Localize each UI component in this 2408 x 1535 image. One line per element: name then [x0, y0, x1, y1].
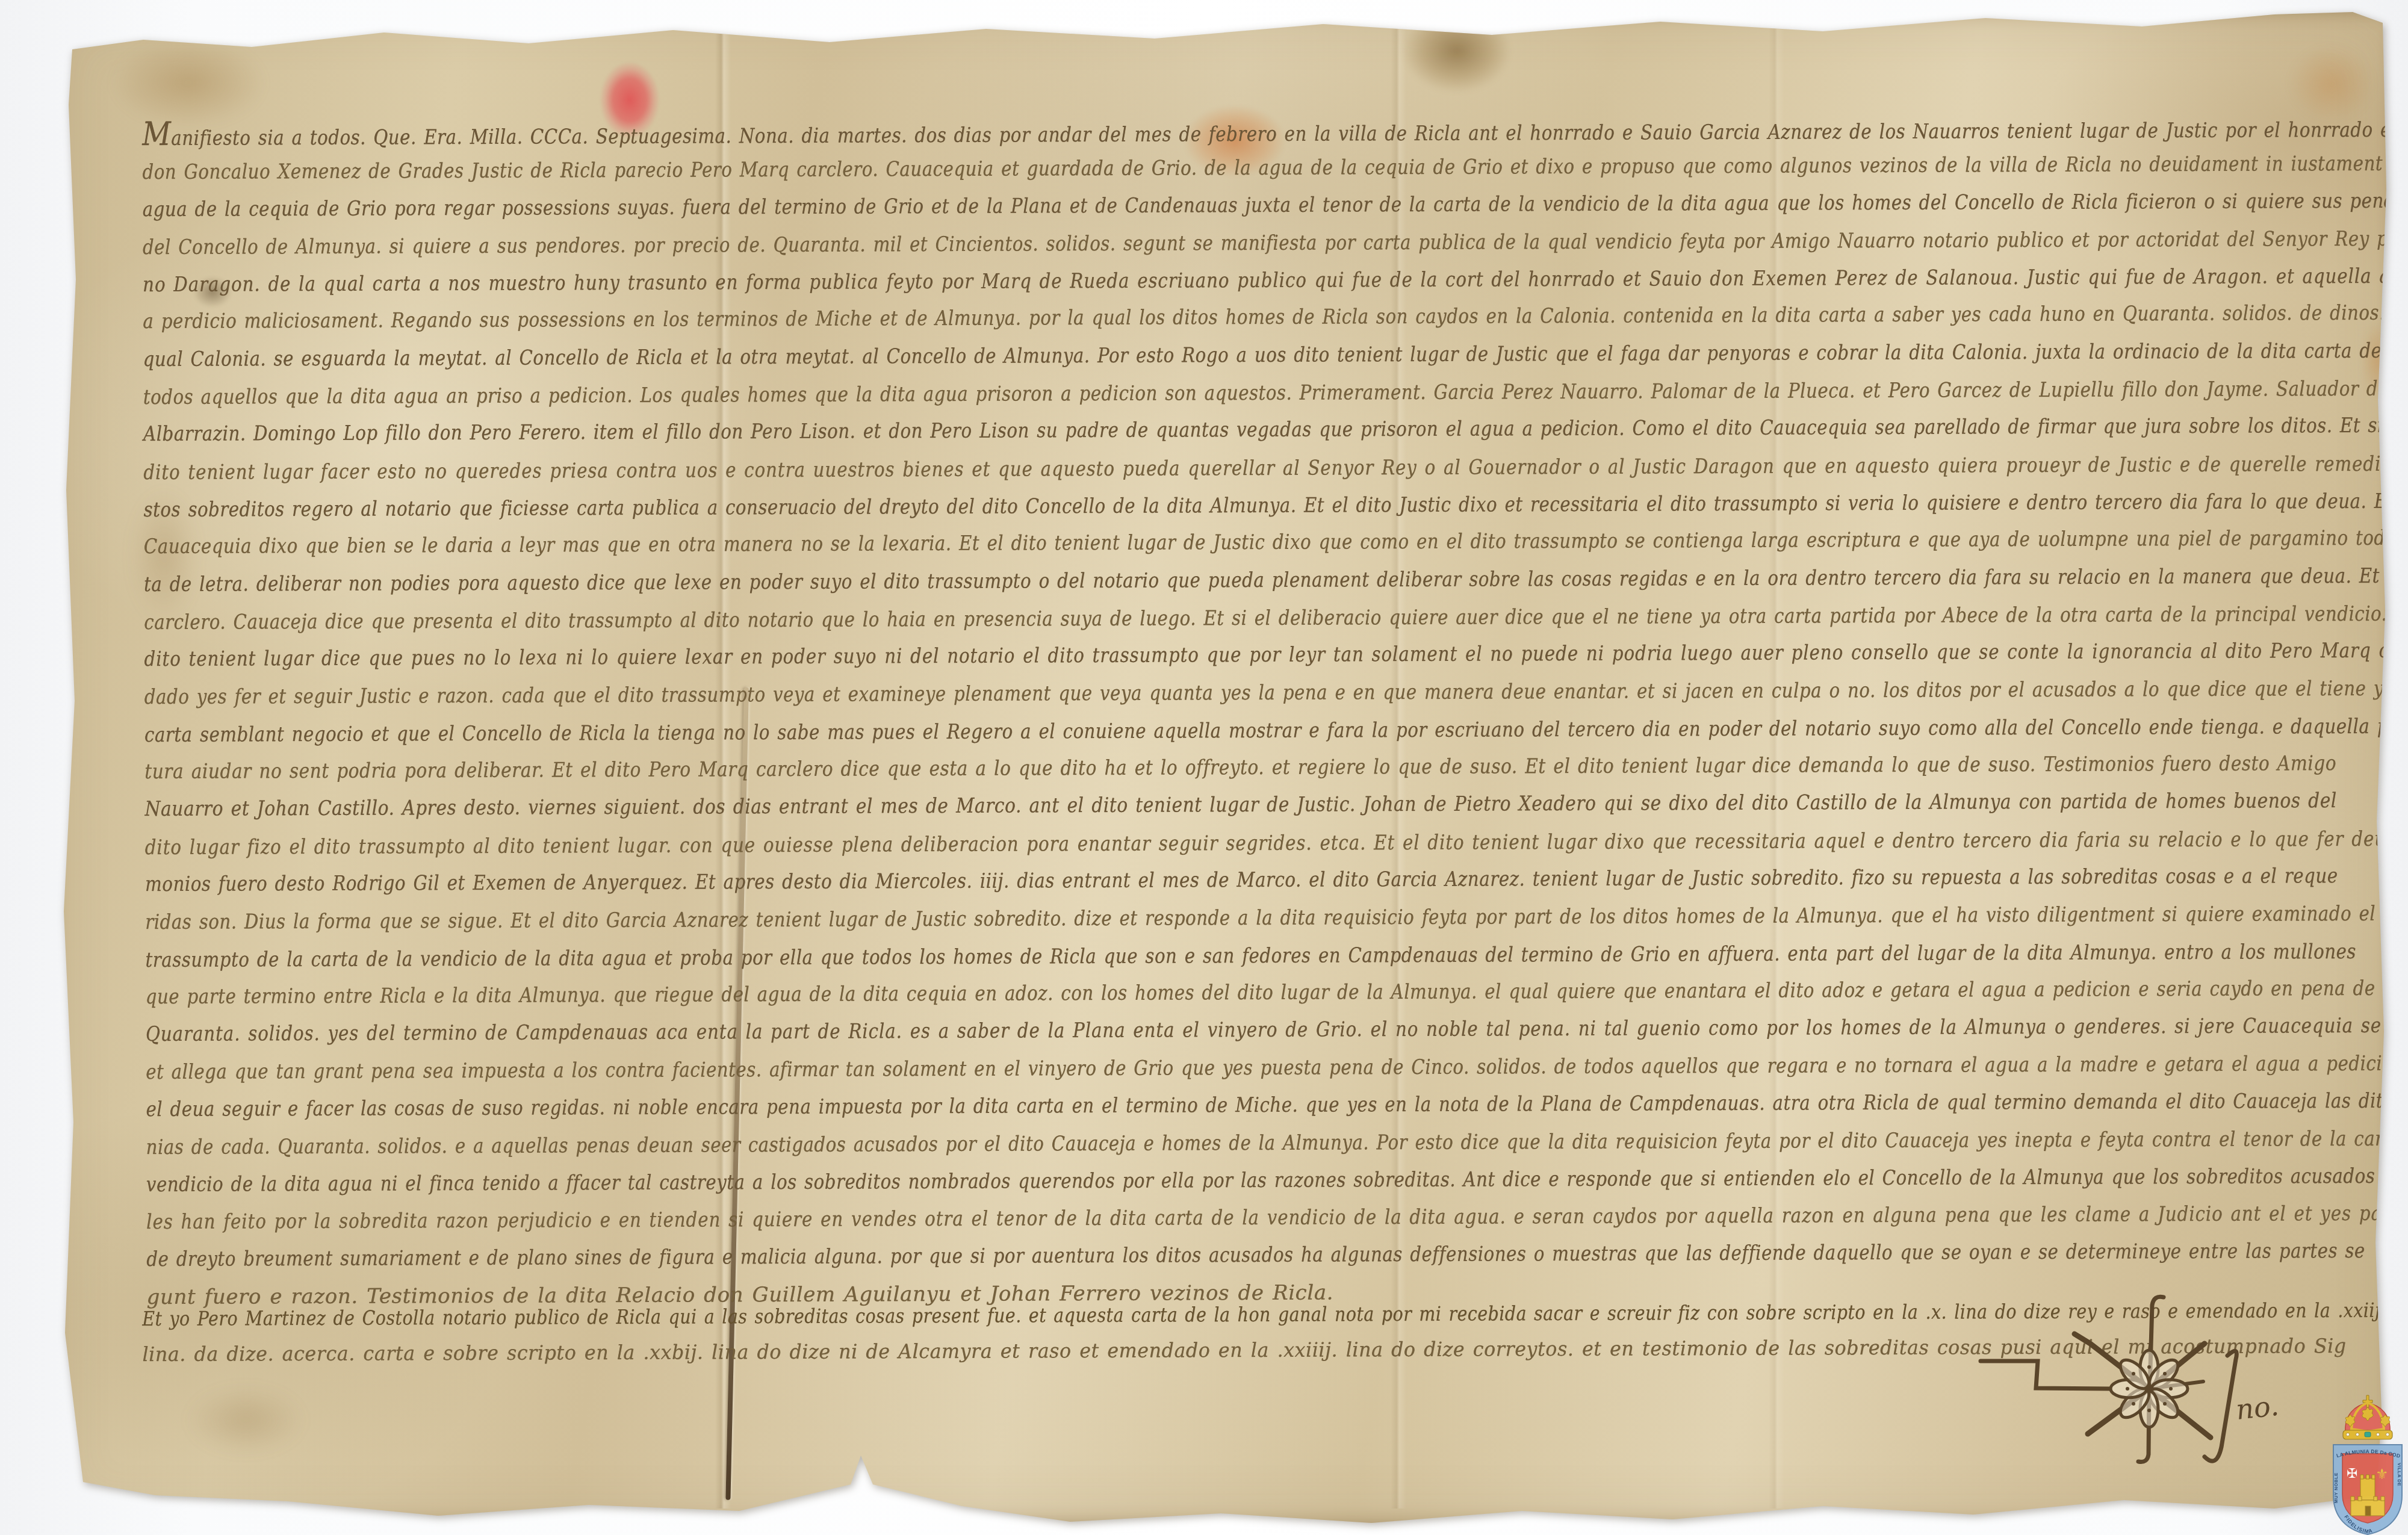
- manuscript-line: que parte termino entre Ricla e la dita …: [146, 971, 2031, 1016]
- brown-stain: [1403, 8, 1511, 93]
- fold-crease: [715, 26, 731, 1509]
- manuscript-line: todos aquellos que la dita agua an priso…: [143, 371, 2029, 416]
- rust-stain: [2356, 309, 2398, 412]
- manuscript-line: dito lugar fizo el dito trassumpto al di…: [145, 822, 2031, 866]
- manuscript-line: vendicio de la dita agua ni el finca ten…: [146, 1159, 2032, 1203]
- rust-stain: [1184, 105, 1286, 177]
- svg-text:MUY NOBLE: MUY NOBLE: [2333, 1472, 2339, 1503]
- seal-ring-right-text: VILLA DE: [2397, 1463, 2402, 1486]
- svg-text:VILLA DE: VILLA DE: [2397, 1463, 2402, 1486]
- manuscript-line: ridas son. Dius la forma que se sigue. E…: [145, 896, 2031, 941]
- tan-stain: [89, 25, 288, 140]
- manuscript-line: del Concello de Almunya. si quiere a sus…: [143, 222, 2028, 266]
- manuscript-line: gunt fuero e razon. Testimonios de la di…: [146, 1270, 2339, 1316]
- wax-stain-red: [600, 61, 660, 138]
- rust-stain: [2274, 33, 2389, 135]
- coat-of-arms-stamp: ✠ ⚜ LA ALMUNIA DE Da GODINA FIDELISIMA M…: [2329, 1394, 2407, 1535]
- notary-subscription: Et yo Pero Martinez de Costolla notario …: [142, 1293, 2345, 1372]
- manuscript-line: Cauacequia dixo que bien se le daria a l…: [144, 521, 2029, 565]
- manuscript-line: a perdicio maliciosament. Regando sus po…: [143, 296, 2028, 340]
- scanner-background: Manifiesto sia a todos. Que. Era. Milla.…: [0, 0, 2408, 1535]
- manuscript-line: nias de cada. Quaranta. solidos. e a aqu…: [146, 1121, 2031, 1166]
- manuscript-line: dado yes fer et seguir Justic e razon. c…: [144, 671, 2030, 716]
- fleur-de-lis-icon: ⚜: [2375, 1466, 2389, 1483]
- parchment-tear: [725, 687, 749, 1500]
- smudge-stain: [167, 1375, 324, 1465]
- manuscript-line: no Daragon. de la qual carta a nos muest…: [143, 259, 2028, 303]
- manuscript-line: ta de letra. deliberar non podies pora a…: [144, 559, 2029, 603]
- manuscript-line: Manifiesto sia a todos. Que. Era. Milla.…: [142, 108, 2028, 153]
- notary-line: lina. da dize. acerca. carta e sobre scr…: [142, 1329, 2257, 1372]
- signum-paraph: no.: [2205, 1351, 2280, 1461]
- manuscript-line: dito tenient lugar facer esto no querede…: [143, 447, 2029, 491]
- fold-crease: [1391, 26, 1406, 1509]
- manuscript-line: dito tenient lugar dice que pues no lo l…: [144, 633, 2029, 678]
- manuscript-line: les han feito por la sobredita razon per…: [146, 1196, 2032, 1241]
- manuscript-line: de dreyto breument sumariament e de plan…: [146, 1233, 2032, 1278]
- parchment-surface: Manifiesto sia a todos. Que. Era. Milla.…: [47, 8, 2398, 1527]
- manuscript-line: el deua seguir e facer las cosas de suso…: [146, 1084, 2031, 1128]
- manuscript-line: carclero. Cauaceja dice que presenta el …: [144, 597, 2029, 641]
- smudge-stain: [119, 466, 209, 647]
- manuscript-line: carta semblant negocio et que el Concell…: [144, 709, 2030, 754]
- manuscript-line: et allega que tan grant pena sea impuest…: [146, 1046, 2031, 1091]
- ink-blot: [187, 271, 238, 313]
- manuscript-line: agua de la cequia de Grio pora regar pos…: [142, 184, 2028, 228]
- manuscript-line: monios fuero desto Rodrigo Gil et Exemen…: [145, 858, 2035, 903]
- crown-icon: [2343, 1395, 2392, 1439]
- manuscript-line: stos sobreditos regero al notario que fi…: [143, 484, 2029, 529]
- manuscript-line: don Goncaluo Xemenez de Grades Justic de…: [142, 146, 2028, 191]
- notary-line: Et yo Pero Martinez de Costolla notario …: [142, 1294, 2037, 1336]
- manuscript-line: Nauarro et Johan Castillo. Apres desto. …: [144, 783, 2061, 828]
- svg-text:no.: no.: [2235, 1389, 2280, 1426]
- notarial-sign-icon: no.: [1806, 1276, 2288, 1505]
- maltese-cross-icon: ✠: [2347, 1466, 2357, 1481]
- shield: ✠ ⚜: [2333, 1445, 2402, 1534]
- manuscript-line: qual Calonia. se esguarda la meytat. al …: [143, 333, 2028, 378]
- parchment: Manifiesto sia a todos. Que. Era. Milla.…: [47, 8, 2398, 1527]
- manuscript-line: Quaranta. solidos. yes del termino de Ca…: [146, 1008, 2031, 1053]
- fold-crease: [1769, 26, 1784, 1509]
- manuscript-line: Albarrazin. Domingo Lop fillo don Pero F…: [143, 408, 2029, 453]
- seal-ring-left-text: MUY NOBLE: [2333, 1472, 2339, 1503]
- manuscript-line: trassumpto de la carta de la vendicio de…: [145, 934, 2031, 978]
- sign-rosette: [2111, 1350, 2188, 1427]
- manuscript-text: Manifiesto sia a todos. Que. Era. Milla.…: [142, 107, 2339, 1316]
- manuscript-line: tura aiudar no sent podria pora delibera…: [144, 746, 2054, 790]
